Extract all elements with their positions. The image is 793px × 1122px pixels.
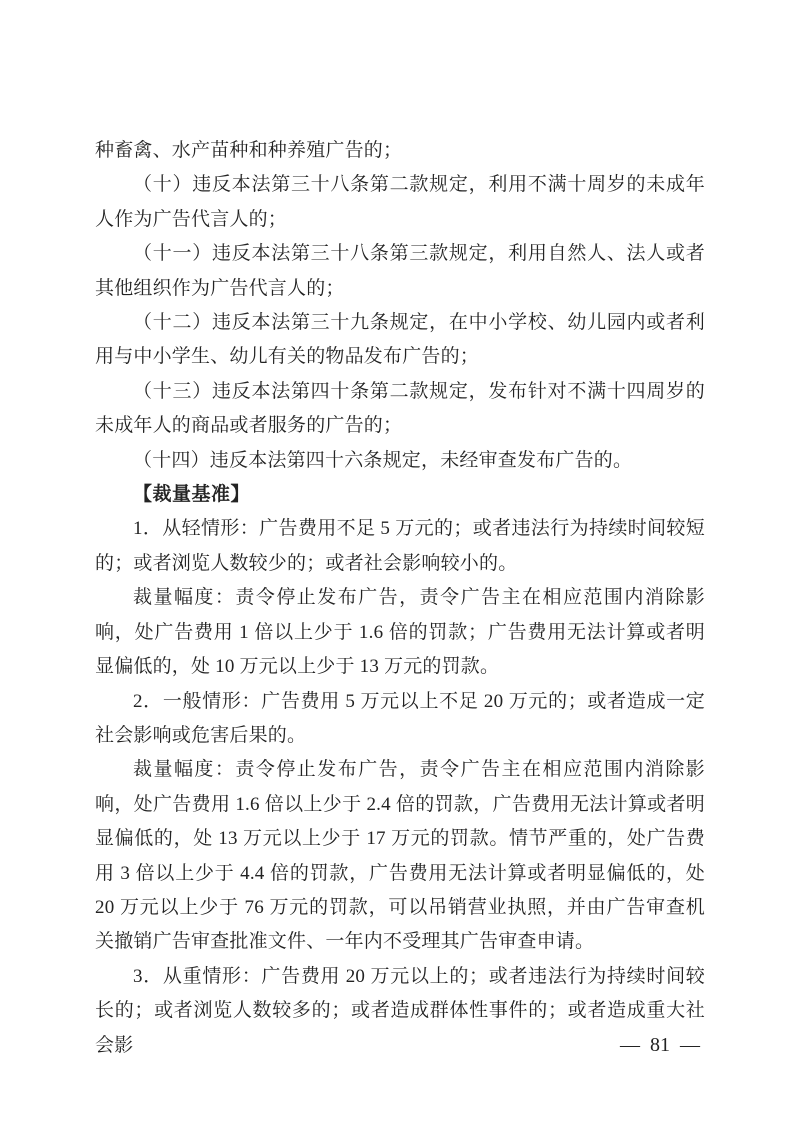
paragraph: 3．从重情形：广告费用 20 万元以上的；或者违法行为持续时间较长的；或者浏览人… bbox=[95, 960, 705, 1063]
paragraph: （十二）违反本法第三十九条规定，在中小学校、幼儿园内或者利用与中小学生、幼儿有关… bbox=[95, 306, 705, 375]
page-number-left-dash: — bbox=[620, 1034, 640, 1057]
document-body-text: 种畜禽、水产苗种和种养殖广告的；（十）违反本法第三十八条第二款规定，利用不满十周… bbox=[95, 134, 705, 1063]
page-number-right-dash: — bbox=[680, 1034, 700, 1057]
paragraph: （十四）违反本法第四十六条规定，未经审查发布广告的。 bbox=[95, 444, 705, 478]
paragraph: （十三）违反本法第四十条第二款规定，发布针对不满十四周岁的未成年人的商品或者服务… bbox=[95, 375, 705, 444]
paragraph: 裁量幅度：责令停止发布广告，责令广告主在相应范围内消除影响，处广告费用 1 倍以… bbox=[95, 581, 705, 684]
page-number: — 81 — bbox=[620, 1034, 700, 1057]
section-heading: 【裁量基准】 bbox=[95, 478, 705, 512]
paragraph: （十）违反本法第三十八条第二款规定，利用不满十周岁的未成年人作为广告代言人的； bbox=[95, 168, 705, 237]
document-page: 种畜禽、水产苗种和种养殖广告的；（十）违反本法第三十八条第二款规定，利用不满十周… bbox=[0, 0, 793, 1122]
paragraph: 裁量幅度：责令停止发布广告，责令广告主在相应范围内消除影响，处广告费用 1.6 … bbox=[95, 753, 705, 959]
page-number-value: 81 bbox=[650, 1034, 670, 1057]
paragraph: 种畜禽、水产苗种和种养殖广告的； bbox=[95, 134, 705, 168]
paragraph: 1．从轻情形：广告费用不足 5 万元的；或者违法行为持续时间较短的；或者浏览人数… bbox=[95, 512, 705, 581]
paragraph: （十一）违反本法第三十八条第三款规定，利用自然人、法人或者其他组织作为广告代言人… bbox=[95, 237, 705, 306]
paragraph: 2．一般情形：广告费用 5 万元以上不足 20 万元的；或者造成一定社会影响或危… bbox=[95, 685, 705, 754]
